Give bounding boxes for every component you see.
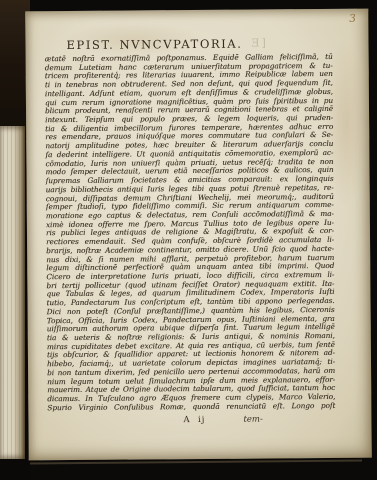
- book-page: 3 EPIST. NVNCVPATORIA. [E ætatē noſtrā e…: [25, 9, 372, 461]
- signature-mark: A ij: [183, 415, 205, 425]
- body-text: ætatē noſtrā exornatiſſimā poſtponamus. …: [45, 53, 336, 413]
- catchword: tem-: [243, 415, 262, 425]
- scanned-book-page: 3 EPIST. NVNCVPATORIA. [E ætatē noſtrā e…: [0, 0, 377, 480]
- signature-line: A ij tem-: [47, 414, 335, 428]
- running-head: EPIST. NVNCVPATORIA.: [61, 37, 247, 52]
- underlying-page-edges: [0, 126, 25, 459]
- show-through-ghost-text: [E: [249, 36, 265, 49]
- handwritten-folio-number: 3: [349, 13, 357, 25]
- bottom-leaf-edge: [30, 460, 362, 465]
- text-line: Spurio Virginio Conſulibus Romæ, quondā …: [47, 402, 335, 413]
